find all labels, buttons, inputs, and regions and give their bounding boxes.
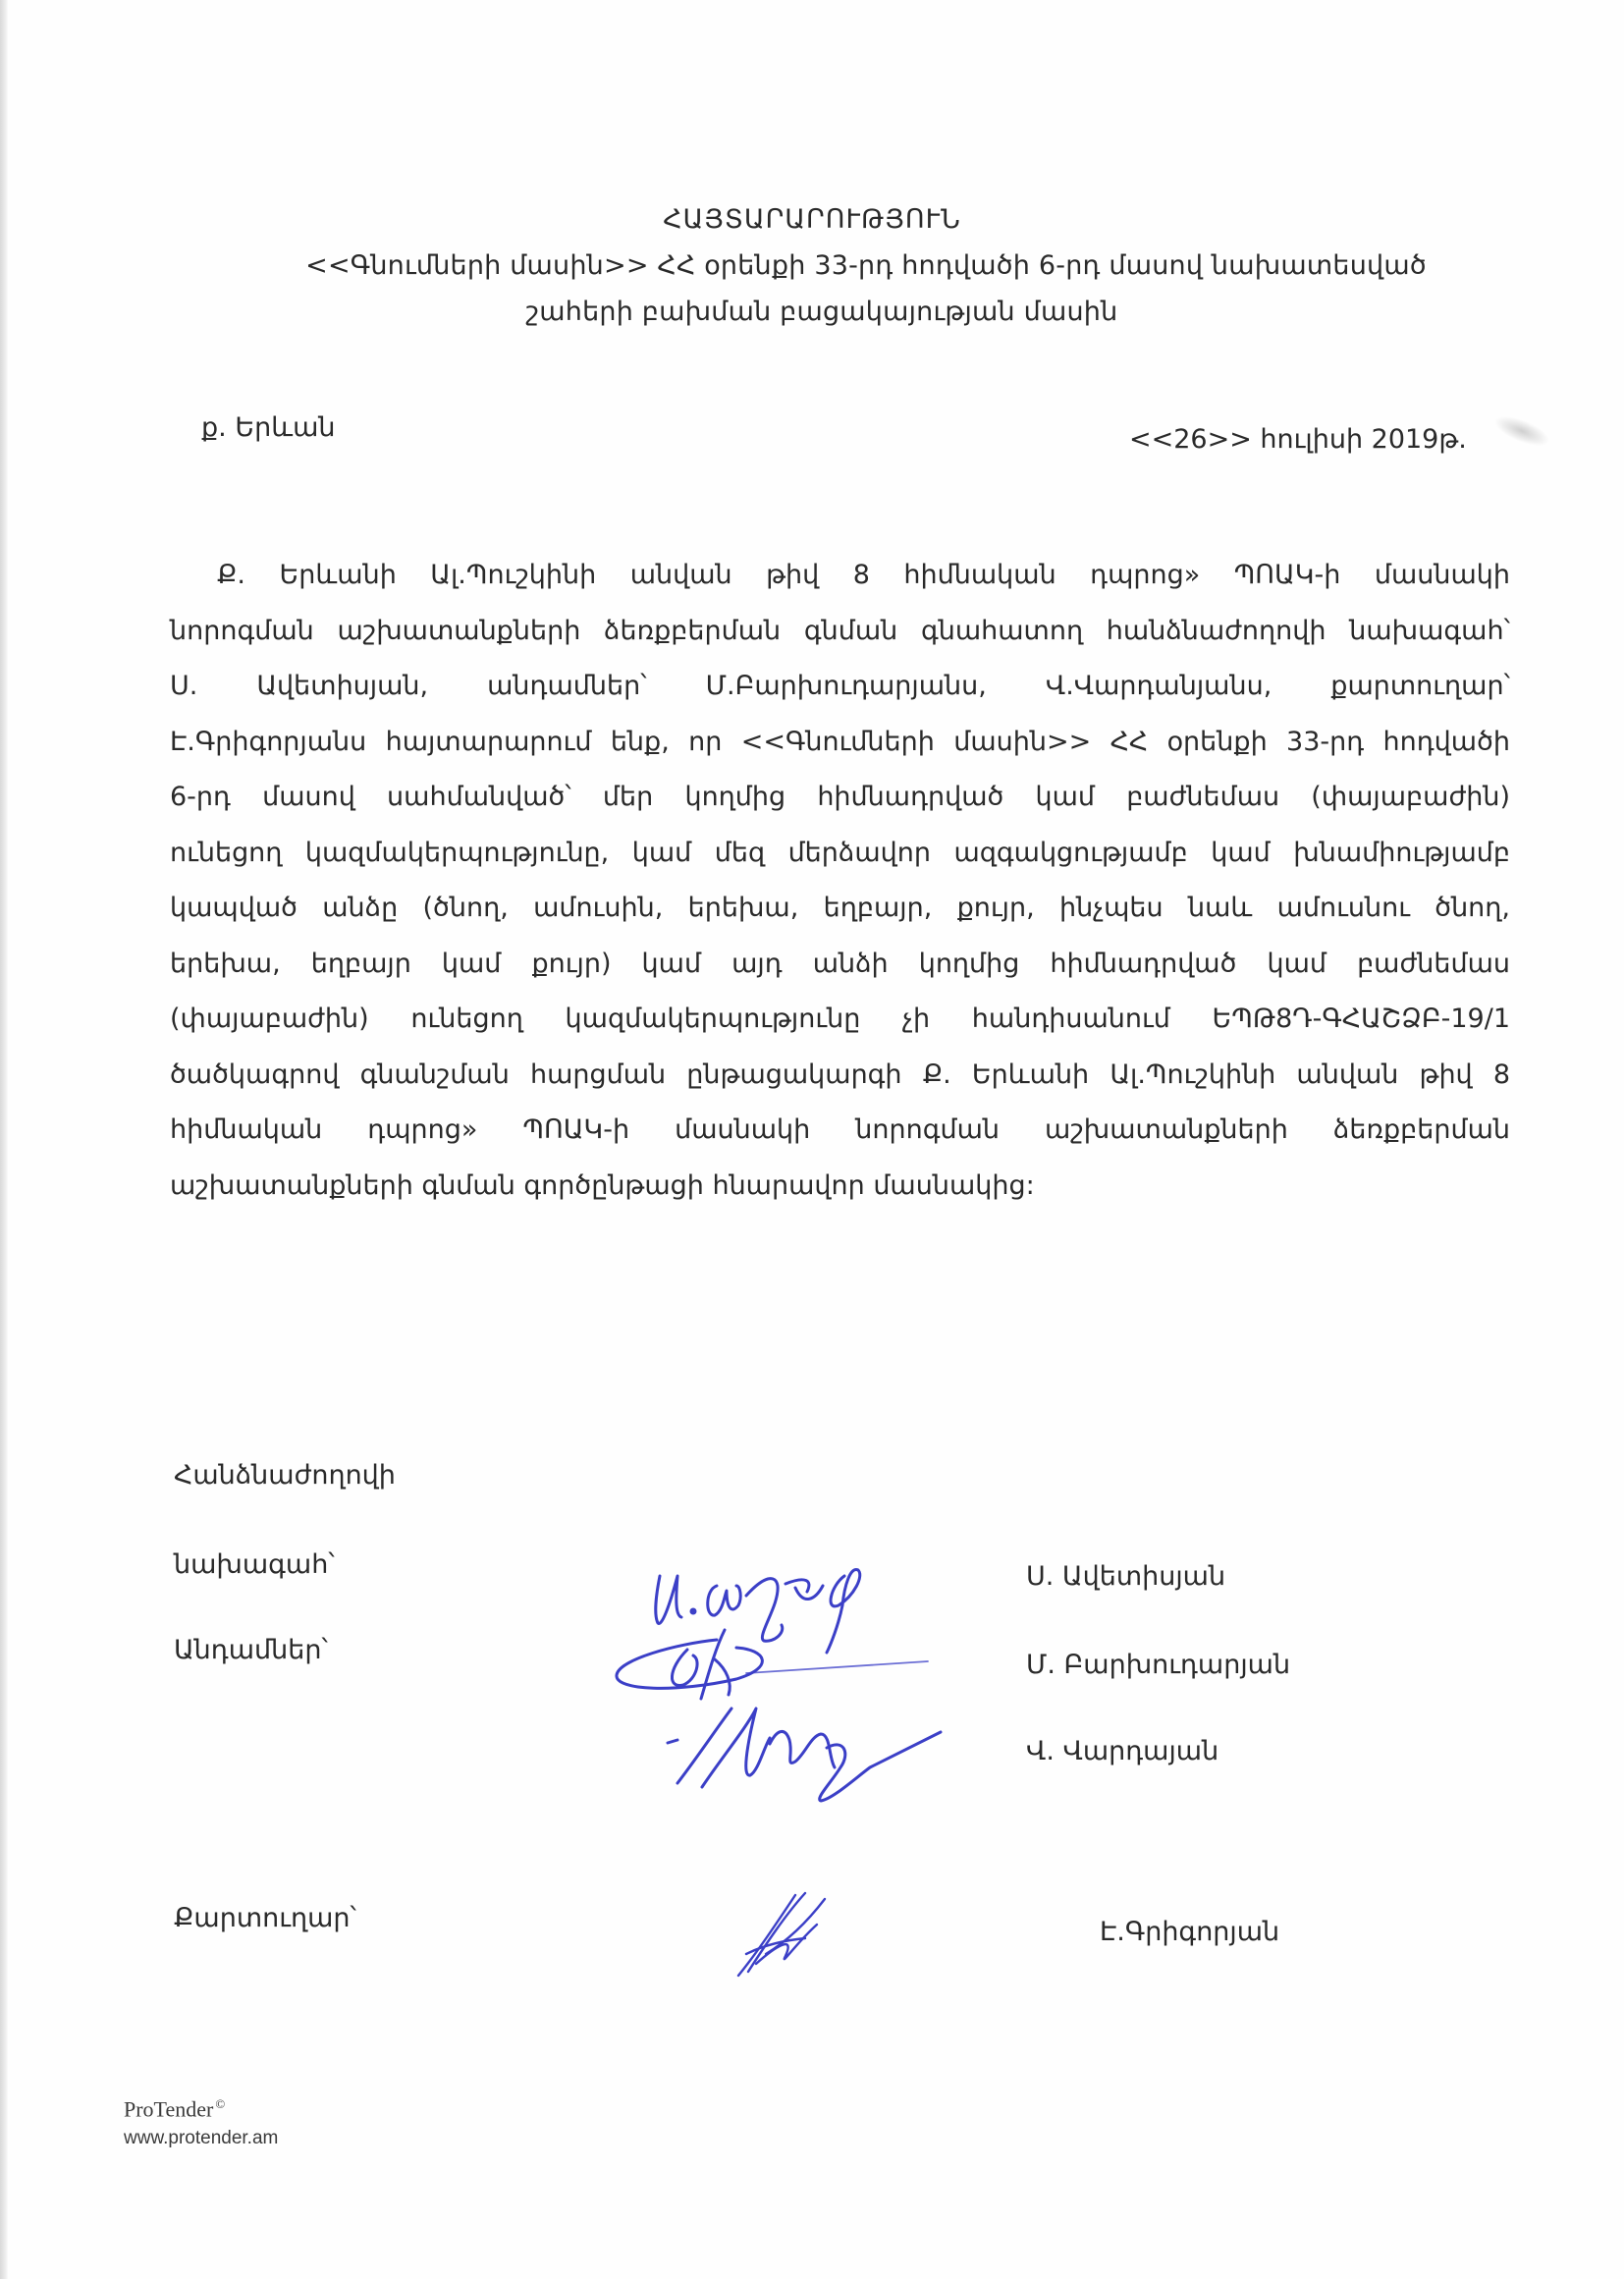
chair-label: նախագահ՝ <box>174 1549 335 1580</box>
members-label: Անդամներ՝ <box>174 1635 328 1665</box>
document-subtitle-line-2: շահերի բախման բացակայության մասին <box>0 289 1624 335</box>
scan-edge-shadow <box>0 0 8 2279</box>
document-title: ՀԱՅՏԱՐԱՐՈՒԹՅՈՒՆ <box>0 196 1624 243</box>
body-line: (փայաբաժին) ունեցող կազմակերպությունը չի… <box>170 992 1510 1048</box>
declaration-body: Ք. Երևանի Ալ.Պուշկինի անվան թիվ 8 հիմնակ… <box>170 548 1510 1214</box>
member1-name: Մ. Բարխուդարյան <box>1026 1650 1290 1680</box>
body-line: նորոգման աշխատանքների ձեռքբերման գնման գ… <box>170 604 1510 660</box>
copyright-icon: © <box>215 2096 225 2111</box>
protender-footer: ProTender© www.protender.am <box>124 2089 278 2153</box>
body-line: Ք. Երևանի Ալ.Պուշկինի անվան թիվ 8 հիմնակ… <box>170 548 1510 604</box>
body-line: 6-րդ մասով սահմանված՝ մեր կողմից հիմնադր… <box>170 770 1510 826</box>
body-line: ունեցող կազմակերպությունը, կամ մեզ մերձա… <box>170 826 1510 882</box>
brand-line: ProTender© <box>124 2089 278 2124</box>
secretary-name: Է.Գրիգորյան <box>1100 1917 1279 1947</box>
secretary-label: Քարտուղար՝ <box>174 1903 356 1933</box>
ink-smudge <box>1490 410 1553 453</box>
body-line: Ս. Ավետիսյան, անդամներ՝ Մ.Բարխուդարյանս,… <box>170 659 1510 715</box>
body-line: կապված անձը (ծնող, ամուսին, երեխա, եղբայ… <box>170 881 1510 937</box>
chair-name: Ս. Ավետիսյան <box>1026 1561 1225 1592</box>
document-page: ՀԱՅՏԱՐԱՐՈՒԹՅՈՒՆ <<Գնումների մասին>> ՀՀ օ… <box>0 0 1624 2279</box>
commission-label: Հանձնաժողովի <box>174 1460 396 1491</box>
place-of-issue: ք. Երևան <box>201 412 336 443</box>
body-line: հիմնական դպրոց» ՊՈԱԿ-ի մասնակի նորոգման … <box>170 1103 1510 1159</box>
title-block: ՀԱՅՏԱՐԱՐՈՒԹՅՈՒՆ <<Գնումների մասին>> ՀՀ օ… <box>0 196 1624 335</box>
document-subtitle-line-1: <<Գնումների մասին>> ՀՀ օրենքի 33-րդ հոդվ… <box>0 243 1624 289</box>
body-line: ծածկագրով գնանշման հարցման ընթացակարգի Ք… <box>170 1048 1510 1104</box>
body-line: երեխա, եղբայր կամ քույր) կամ այդ անձի կո… <box>170 937 1510 993</box>
website-link[interactable]: www.protender.am <box>124 2124 278 2153</box>
member2-name: Վ. Վարդայան <box>1026 1736 1218 1766</box>
body-line: Է.Գրիգորյանս հայտարարում ենք, որ <<Գնում… <box>170 715 1510 771</box>
member2-signature <box>648 1689 943 1807</box>
secretary-signature <box>727 1885 854 1983</box>
brand-name: ProTender <box>124 2096 213 2121</box>
issue-date: <<26>> հուլիսի 2019թ. <box>1129 424 1467 455</box>
body-line: աշխատանքների գնման գործընթացի հնարավոր մ… <box>170 1159 1510 1215</box>
